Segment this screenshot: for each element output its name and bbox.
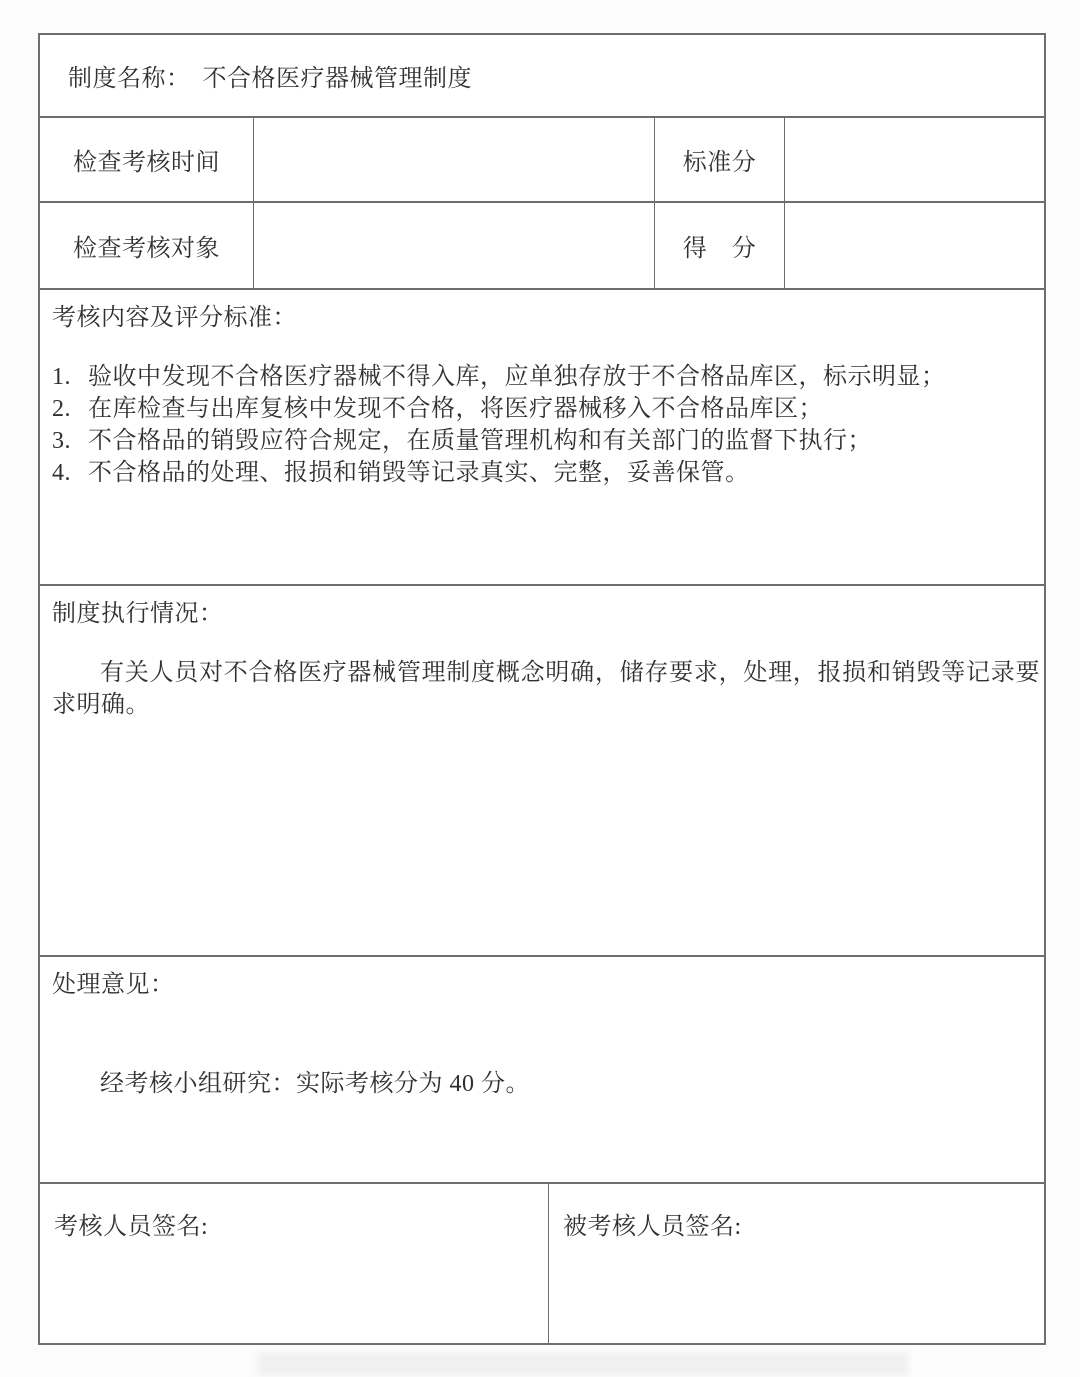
system-name-label: 制度名称： (68, 58, 191, 93)
form-title-row: 制度名称： 不合格医疗器械管理制度 (40, 35, 1044, 116)
standard-score-label: 标准分 (655, 118, 785, 201)
exam-time-label: 检查考核时间 (40, 118, 254, 201)
criteria-item-3-text: 不合格品的销毁应符合规定，在质量管理机构和有关部门的监督下执行； (88, 425, 1032, 457)
criteria-item-3-number: 3. (52, 425, 88, 457)
examinee-signature-label: 被考核人员签名: (563, 1214, 742, 1240)
examinee-signature-cell: 被考核人员签名: (549, 1184, 1044, 1343)
exam-target-value-cell (254, 203, 655, 288)
criteria-item-4-text: 不合格品的处理、报损和销毁等记录真实、完整，妥善保管。 (88, 457, 1032, 489)
system-name-value: 不合格医疗器械管理制度 (203, 58, 473, 93)
criteria-item-2: 2. 在库检查与出库复核中发现不合格，将医疗器械移入不合格品库区； (52, 393, 1032, 425)
assessment-form-table: 制度名称： 不合格医疗器械管理制度 检查考核时间 标准分 检查考核对象 得 分 … (38, 33, 1046, 1345)
exam-target-label: 检查考核对象 (40, 203, 254, 288)
exam-time-row: 检查考核时间 标准分 (40, 116, 1044, 201)
criteria-item-1: 1. 验收中发现不合格医疗器械不得入库，应单独存放于不合格品库区，标示明显； (52, 361, 1032, 393)
criteria-item-1-number: 1. (52, 361, 88, 393)
criteria-item-2-text: 在库检查与出库复核中发现不合格，将医疗器械移入不合格品库区； (88, 393, 1032, 425)
examiner-signature-cell: 考核人员签名: (40, 1184, 549, 1343)
obtained-score-label: 得 分 (655, 203, 785, 288)
criteria-heading: 考核内容及评分标准： (52, 303, 1032, 333)
opinion-heading: 处理意见： (52, 970, 1032, 1000)
criteria-item-2-number: 2. (52, 393, 88, 425)
standard-score-value-cell (785, 118, 1044, 201)
opinion-section: 处理意见： 经考核小组研究：实际考核分为 40 分。 (40, 955, 1044, 1182)
exam-target-row: 检查考核对象 得 分 (40, 201, 1044, 288)
execution-paragraph: 有关人员对不合格医疗器械管理制度概念明确，储存要求，处理，报损和销毁等记录要求明… (52, 657, 1040, 721)
obtained-score-value-cell (785, 203, 1044, 288)
execution-heading: 制度执行情况： (52, 599, 1032, 629)
signature-row: 考核人员签名: 被考核人员签名: (40, 1182, 1044, 1343)
criteria-item-4-number: 4. (52, 457, 88, 489)
exam-time-value-cell (254, 118, 655, 201)
criteria-list: 1. 验收中发现不合格医疗器械不得入库，应单独存放于不合格品库区，标示明显； 2… (52, 361, 1032, 489)
criteria-item-3: 3. 不合格品的销毁应符合规定，在质量管理机构和有关部门的监督下执行； (52, 425, 1032, 457)
execution-section: 制度执行情况： 有关人员对不合格医疗器械管理制度概念明确，储存要求，处理，报损和… (40, 584, 1044, 955)
criteria-item-4: 4. 不合格品的处理、报损和销毁等记录真实、完整，妥善保管。 (52, 457, 1032, 489)
examiner-signature-label: 考核人员签名: (54, 1214, 208, 1240)
opinion-text: 经考核小组研究：实际考核分为 40 分。 (52, 1068, 1032, 1100)
criteria-section: 考核内容及评分标准： 1. 验收中发现不合格医疗器械不得入库，应单独存放于不合格… (40, 288, 1044, 584)
scan-shadow-artifact (258, 1353, 908, 1375)
criteria-item-1-text: 验收中发现不合格医疗器械不得入库，应单独存放于不合格品库区，标示明显； (88, 361, 1032, 393)
